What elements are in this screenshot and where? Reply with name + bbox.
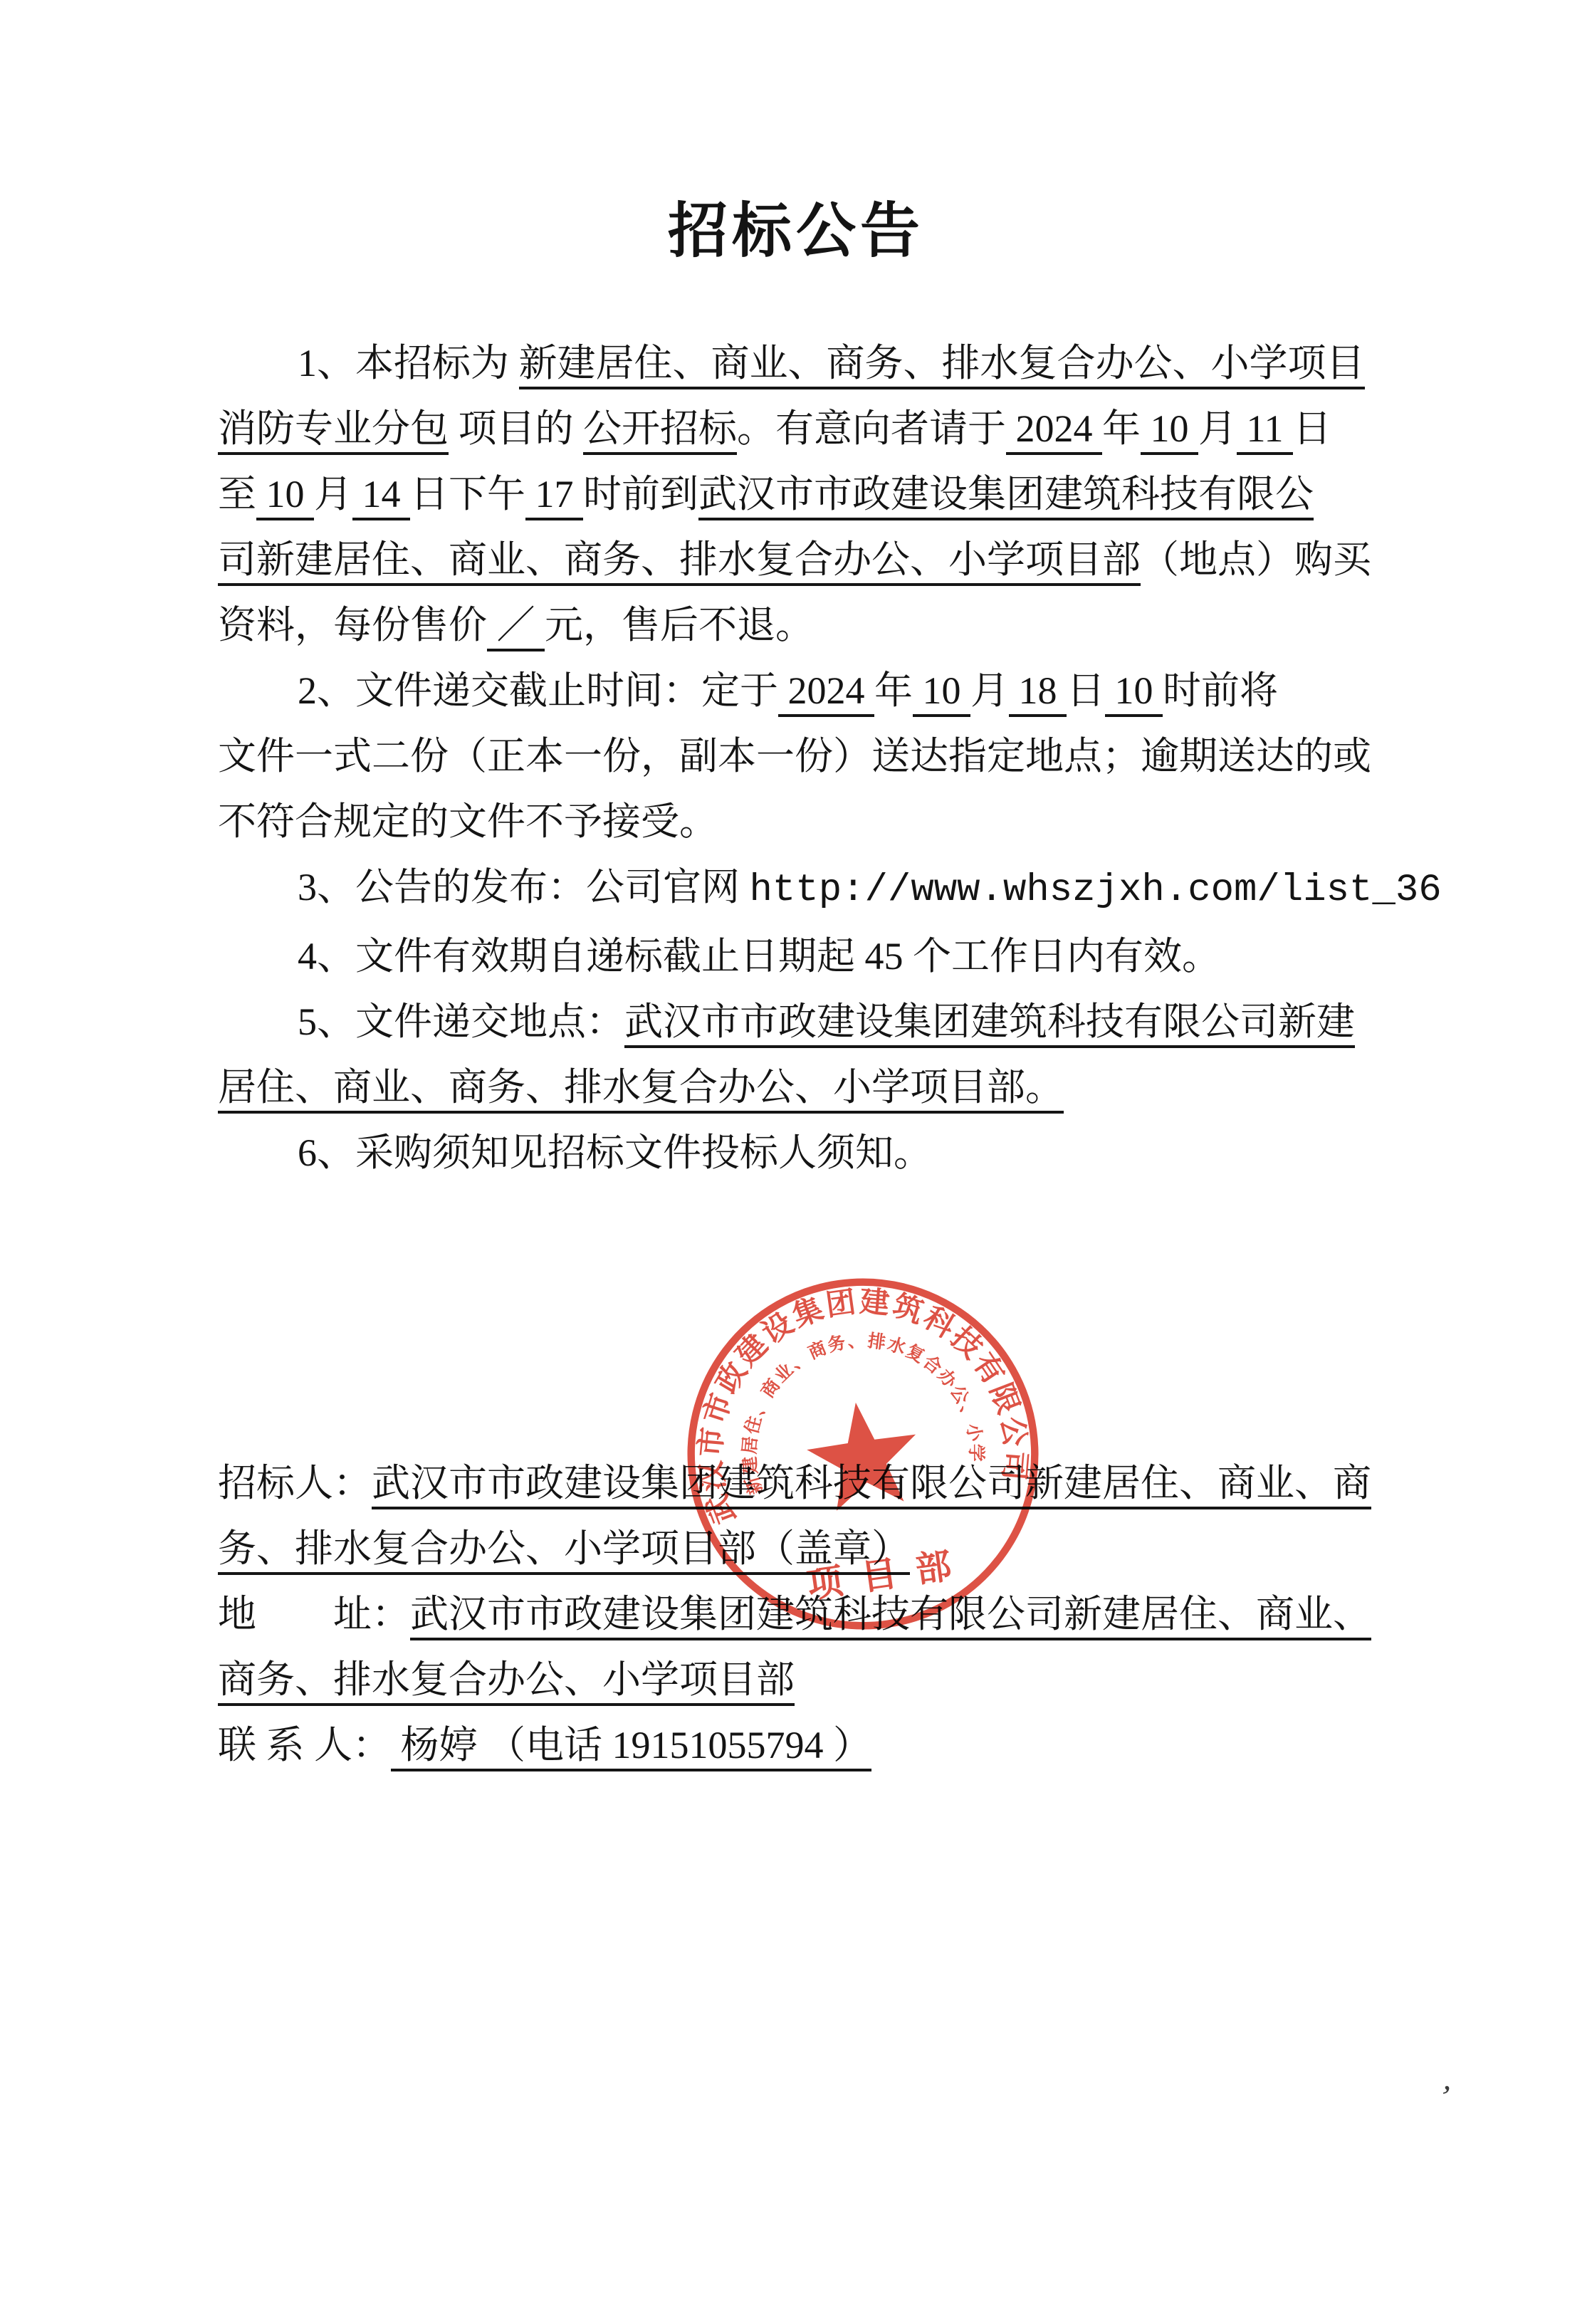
- text-segment: 4、文件有效期自递标截止日期起 45 个工作日内有效。: [298, 935, 1220, 978]
- text-segment: 时前将: [1163, 669, 1278, 712]
- official-seal: 武汉市市政建设集团建筑科技有限公司 新建居住、商业、商务、排水复合办公、小学 项…: [654, 1245, 1072, 1663]
- text-line: 6、采购须知见招标文件投标人须知。: [218, 1120, 1374, 1185]
- filled-blank: 消防专业分包: [218, 407, 449, 455]
- text-segment: 5、文件递交地点：: [298, 1000, 624, 1043]
- text-line: 文件一式二份（正本一份，副本一份）送达指定地点；逾期送达的或: [218, 723, 1374, 789]
- filled-blank: 公开招标: [583, 407, 737, 455]
- filled-blank: 2024: [1006, 407, 1102, 455]
- filled-blank: 10: [256, 473, 314, 520]
- seal-star-icon: [801, 1395, 924, 1514]
- url-text: http://www.whszjxh.com/list_36: [750, 869, 1442, 912]
- filled-blank: 2024: [778, 669, 874, 717]
- text-segment: 月: [314, 473, 352, 515]
- text-segment: 3、公告的发布：公司官网: [298, 866, 750, 909]
- filled-blank: 18: [1009, 669, 1067, 717]
- filled-blank: 杨婷 （电话 19151055794 ）: [391, 1724, 871, 1771]
- text-segment: 招标人：: [218, 1462, 372, 1504]
- text-segment: 年: [1102, 407, 1141, 450]
- text-segment: 2、文件递交截止时间：定于: [298, 669, 778, 712]
- text-segment: 。有意向者请于: [737, 407, 1006, 450]
- text-line: 司新建居住、商业、商务、排水复合办公、小学项目部（地点）购买: [218, 527, 1374, 592]
- text-segment: 文件一式二份（正本一份，副本一份）送达指定地点；逾期送达的或: [218, 735, 1371, 778]
- filled-blank: 10: [1141, 407, 1198, 455]
- text-line: 5、文件递交地点：武汉市市政建设集团建筑科技有限公司新建: [218, 989, 1374, 1054]
- text-segment: 日下午: [410, 473, 525, 515]
- text-segment: 6、采购须知见招标文件投标人须知。: [298, 1131, 932, 1174]
- text-line: 不符合规定的文件不予接受。: [218, 789, 1374, 854]
- text-segment: 日: [1293, 407, 1331, 450]
- filled-blank: 10: [1105, 669, 1163, 717]
- filled-blank: 商务、排水复合办公、小学项目部: [218, 1658, 795, 1706]
- text-line: 4、文件有效期自递标截止日期起 45 个工作日内有效。: [218, 923, 1374, 989]
- text-segment: 联 系 人：: [218, 1724, 391, 1766]
- filled-blank: 新建居住、商业、商务、排水复合办公、小学项目: [519, 342, 1365, 389]
- text-segment: 地 址：: [218, 1593, 410, 1635]
- text-segment: 年: [874, 669, 913, 712]
- text-line: 至 10 月 14 日下午 17 时前到武汉市市政建设集团建筑科技有限公: [218, 461, 1374, 527]
- filled-blank: 武汉市市政建设集团建筑科技有限公: [698, 473, 1314, 520]
- text-segment: 元，售后不退。: [545, 604, 814, 647]
- scan-artifact-mark: ’: [1436, 2077, 1455, 2116]
- text-line: 联 系 人： 杨婷 （电话 19151055794 ）: [218, 1712, 1374, 1778]
- filled-blank: 武汉市市政建设集团建筑科技有限公司新建: [624, 1000, 1355, 1048]
- text-line: 消防专业分包 项目的 公开招标。有意向者请于 2024 年 10 月 11 日: [218, 396, 1374, 461]
- text-line: 资料，每份售价 ／ 元，售后不退。: [218, 592, 1374, 658]
- text-segment: 项目的: [449, 407, 583, 450]
- page-title: 招标公告: [0, 0, 1592, 262]
- filled-blank: 10: [913, 669, 970, 717]
- filled-blank: 14: [352, 473, 410, 520]
- text-segment: 1、本招标为: [298, 342, 519, 384]
- text-segment: 资料，每份售价: [218, 604, 487, 647]
- text-segment: 不符合规定的文件不予接受。: [218, 800, 718, 843]
- text-segment: 时前到: [583, 473, 698, 515]
- text-line: 2、文件递交截止时间：定于 2024 年 10 月 18 日 10 时前将: [218, 658, 1374, 723]
- text-segment: 日: [1067, 669, 1105, 712]
- filled-blank: 11: [1237, 407, 1293, 455]
- text-line: 居住、商业、商务、排水复合办公、小学项目部。: [218, 1054, 1374, 1120]
- text-segment: 月: [970, 669, 1009, 712]
- text-segment: （地点）购买: [1141, 538, 1371, 581]
- text-line: 商务、排水复合办公、小学项目部: [218, 1647, 1374, 1712]
- seal-department-text: 项目部: [805, 1544, 973, 1606]
- text-line: 3、公告的发布：公司官网 http://www.whszjxh.com/list…: [218, 854, 1374, 923]
- text-segment: 月: [1198, 407, 1237, 450]
- filled-blank: 居住、商业、商务、排水复合办公、小学项目部。: [218, 1066, 1064, 1114]
- document-page: 招标公告 1、本招标为 新建居住、商业、商务、排水复合办公、小学项目消防专业分包…: [0, 0, 1592, 2324]
- text-segment: 至: [218, 473, 256, 515]
- filled-blank: 司新建居住、商业、商务、排水复合办公、小学项目部: [218, 538, 1141, 586]
- filled-blank: 17: [525, 473, 583, 520]
- filled-blank: ／: [487, 604, 545, 651]
- text-line: 1、本招标为 新建居住、商业、商务、排水复合办公、小学项目: [218, 330, 1374, 396]
- document-body: 1、本招标为 新建居住、商业、商务、排水复合办公、小学项目消防专业分包 项目的 …: [218, 330, 1374, 1185]
